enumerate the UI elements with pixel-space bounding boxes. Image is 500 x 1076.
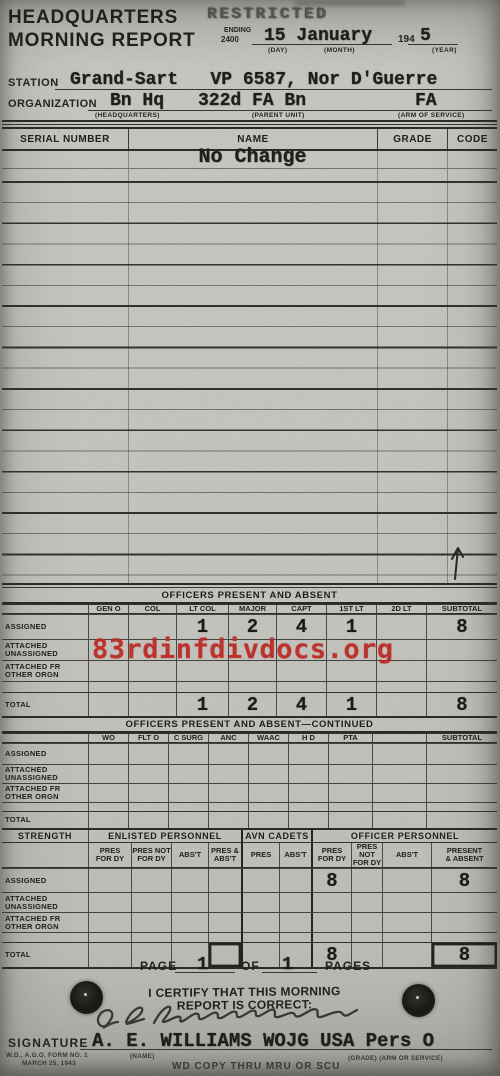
- value-cell: [372, 803, 426, 811]
- handwritten-arrow-mark: [443, 543, 465, 581]
- column-header-cell: 1ST LT: [326, 605, 376, 613]
- row-label: ASSIGNED: [2, 869, 88, 892]
- column-header-cell: PRESENT & ABSENT: [431, 843, 497, 867]
- value-cell: [279, 893, 311, 912]
- value-cell: [171, 893, 208, 912]
- value-cell: [382, 943, 431, 967]
- value-cell: [288, 744, 328, 764]
- value-cell: [241, 933, 279, 942]
- row-label: ATTACHED UNASSIGNED: [2, 893, 88, 912]
- value-cell: [279, 933, 311, 942]
- value-cell: 8: [426, 615, 497, 639]
- value-cell: [128, 784, 168, 802]
- value-cell: 2: [228, 693, 276, 716]
- roster-col-serial: SERIAL NUMBER: [2, 129, 128, 149]
- value-cell: [351, 933, 382, 942]
- page-number: 1: [197, 955, 208, 975]
- column-header-cell: SUBTOTAL: [426, 734, 497, 742]
- row-label: [2, 682, 88, 692]
- signature-typed-name: A. E. WILLIAMS WOJG USA Pers O: [92, 1030, 434, 1052]
- value-cell: [328, 784, 372, 802]
- value-cell: [241, 869, 279, 892]
- column-header-cell: PRES FOR DY: [88, 843, 131, 867]
- value-cell: [372, 784, 426, 802]
- group-header-cell: OFFICER PERSONNEL: [311, 830, 497, 842]
- column-header-cell: GEN O: [88, 605, 128, 613]
- value-cell: [328, 744, 372, 764]
- row-label: [2, 933, 88, 942]
- value-cell: [171, 913, 208, 932]
- value-cell: [426, 640, 497, 660]
- organization-arm: FA: [415, 91, 437, 111]
- value-cell: [208, 765, 248, 783]
- value-cell: [88, 933, 131, 942]
- value-cell: [208, 943, 241, 967]
- value-cell: [372, 765, 426, 783]
- table-row: TOTAL12418: [2, 692, 497, 716]
- organization-unit: Bn Hq: [110, 91, 164, 111]
- row-label: TOTAL: [2, 693, 88, 716]
- value-cell: [311, 933, 351, 942]
- value-cell: [351, 893, 382, 912]
- column-header-cell: ABS'T: [171, 843, 208, 867]
- station-value: Grand-Sart VP 6587, Nor D'Guerre: [70, 70, 437, 90]
- value-cell: [168, 803, 208, 811]
- form-id: W.D., A.G.O. FORM NO. 1: [6, 1052, 88, 1059]
- parent-unit-sublabel: (PARENT UNIT): [252, 112, 305, 119]
- value-cell: [131, 913, 171, 932]
- value-cell: [208, 812, 248, 828]
- table-row: ATTACHED UNASSIGNED: [2, 892, 497, 912]
- value-cell: [288, 803, 328, 811]
- year-underline: [408, 44, 458, 45]
- value-cell: [171, 933, 208, 942]
- roster-entry-row: No Change: [2, 148, 497, 168]
- value-cell: [131, 933, 171, 942]
- name-sublabel: (NAME): [130, 1053, 155, 1060]
- column-header-cell: ANC: [208, 734, 248, 742]
- column-header-cell: WO: [88, 734, 128, 742]
- value-cell: [288, 812, 328, 828]
- roster-entry-value: No Change: [128, 146, 377, 169]
- value-cell: [426, 803, 497, 811]
- pages-label: PAGES: [325, 959, 371, 973]
- column-header-cell: ABS'T: [382, 843, 431, 867]
- signature-label: SIGNATURE: [8, 1036, 89, 1050]
- value-cell: [382, 869, 431, 892]
- row-label: ASSIGNED: [2, 615, 88, 639]
- value-cell: [168, 744, 208, 764]
- value-cell: [426, 784, 497, 802]
- value-cell: [208, 933, 241, 942]
- value-cell: [241, 893, 279, 912]
- value-cell: [171, 869, 208, 892]
- value-cell: [328, 803, 372, 811]
- group-header-cell: ENLISTED PERSONNEL: [88, 830, 241, 842]
- table-row: ASSIGNED88: [2, 868, 497, 892]
- organization-parent-unit: 322d FA Bn: [198, 91, 306, 111]
- value-cell: [176, 682, 228, 692]
- value-cell: [351, 913, 382, 932]
- arm-of-service-sublabel: (ARM OF SERVICE): [398, 112, 465, 119]
- column-header-cell: PRES: [241, 843, 279, 867]
- value-cell: [128, 812, 168, 828]
- divider-rule: [2, 583, 497, 585]
- row-label: TOTAL: [2, 943, 88, 967]
- column-header-cell: MAJOR: [228, 605, 276, 613]
- grade-arm-sublabel: (GRADE) (ARM OR SERVICE): [348, 1055, 443, 1062]
- value-cell: [382, 893, 431, 912]
- value-cell: [128, 765, 168, 783]
- column-header-cell: [372, 734, 426, 742]
- roster-col-grade: GRADE: [377, 129, 447, 149]
- column-header-cell: H D: [288, 734, 328, 742]
- value-cell: [88, 803, 128, 811]
- column-header-cell: LT COL: [176, 605, 228, 613]
- value-cell: [426, 661, 497, 681]
- headquarters-sublabel: (HEADQUARTERS): [95, 112, 160, 119]
- table-row: ATTACHED FR OTHER ORGN: [2, 783, 497, 802]
- value-cell: [88, 693, 128, 716]
- value-cell: [208, 744, 248, 764]
- value-cell: [382, 913, 431, 932]
- table-column-headers: GEN OCOLLT COLMAJORCAPT1ST LT2D LTSUBTOT…: [2, 604, 497, 614]
- archive-watermark: 83rdinfdivdocs.org: [92, 634, 394, 665]
- value-cell: [426, 812, 497, 828]
- value-cell: [88, 869, 131, 892]
- value-cell: 1: [176, 693, 228, 716]
- ending-time: 2400: [221, 35, 239, 44]
- table-column-headers: WOFLT OC SURGANCWAACH DPTASUBTOTAL: [2, 733, 497, 743]
- group-header-cell: STRENGTH: [2, 830, 88, 842]
- column-header-cell: PRES FOR DY: [311, 843, 351, 867]
- punch-hole-right: [402, 984, 435, 1017]
- value-cell: [208, 893, 241, 912]
- row-label: ATTACHED FR OTHER ORGN: [2, 661, 88, 681]
- value-cell: [88, 893, 131, 912]
- value-cell: [328, 812, 372, 828]
- value-cell: [208, 803, 248, 811]
- strength-table: STRENGTHENLISTED PERSONNELAVN CADETSOFFI…: [2, 830, 497, 969]
- value-cell: [426, 682, 497, 692]
- value-cell: [248, 803, 288, 811]
- value-cell: [288, 765, 328, 783]
- value-cell: [168, 765, 208, 783]
- group-header-cell: AVN CADETS: [241, 830, 311, 842]
- table-row: [2, 932, 497, 942]
- day-label: (DAY): [268, 47, 287, 54]
- column-header-cell: PRES & ABS'T: [208, 843, 241, 867]
- value-cell: [382, 933, 431, 942]
- value-cell: [88, 744, 128, 764]
- of-label: OF: [241, 959, 260, 973]
- value-cell: [88, 812, 128, 828]
- column-header-cell: PRES NOT FOR DY: [131, 843, 171, 867]
- station-label: STATION: [8, 77, 59, 89]
- value-cell: [311, 893, 351, 912]
- divider-rule: [2, 120, 497, 122]
- table-title: OFFICERS PRESENT AND ABSENT: [2, 589, 497, 604]
- value-cell: [208, 869, 241, 892]
- table-column-headers: PRES FOR DYPRES NOT FOR DYABS'TPRES & AB…: [2, 842, 497, 868]
- value-cell: [248, 765, 288, 783]
- column-header-cell: COL: [128, 605, 176, 613]
- value-cell: [131, 893, 171, 912]
- column-header-cell: CAPT: [276, 605, 326, 613]
- value-cell: [128, 803, 168, 811]
- value-cell: [372, 744, 426, 764]
- value-cell: 8: [431, 869, 497, 892]
- value-cell: 1: [326, 693, 376, 716]
- value-cell: [228, 682, 276, 692]
- ending-label: ENDING: [224, 27, 251, 34]
- row-label: ATTACHED UNASSIGNED: [2, 765, 88, 783]
- value-cell: [276, 682, 326, 692]
- value-cell: [128, 744, 168, 764]
- value-cell: [168, 812, 208, 828]
- value-cell: [248, 744, 288, 764]
- value-cell: [431, 913, 497, 932]
- table-title: OFFICERS PRESENT AND ABSENT—CONTINUED: [2, 718, 497, 733]
- roster-blank-rows: [2, 169, 497, 583]
- value-cell: [372, 812, 426, 828]
- value-cell: [208, 784, 248, 802]
- form-date: MARCH 25, 1943: [22, 1060, 76, 1067]
- column-header-cell: [2, 843, 88, 867]
- column-header-cell: WAAC: [248, 734, 288, 742]
- value-cell: [128, 693, 176, 716]
- year-value: 5: [420, 26, 431, 46]
- row-label: ATTACHED UNASSIGNED: [2, 640, 88, 660]
- value-cell: [326, 682, 376, 692]
- pages-total: 1: [282, 955, 293, 975]
- year-label: (YEAR): [432, 47, 457, 54]
- classification-stamp: RESTRICTED: [207, 5, 328, 23]
- column-header-cell: SUBTOTAL: [426, 605, 497, 613]
- value-cell: 8: [431, 943, 497, 967]
- row-label: ATTACHED FR OTHER ORGN: [2, 784, 88, 802]
- value-cell: [426, 765, 497, 783]
- value-cell: [376, 693, 426, 716]
- column-header-cell: [2, 605, 88, 613]
- column-header-cell: PTA: [328, 734, 372, 742]
- column-header-cell: [2, 734, 88, 742]
- value-cell: [128, 682, 176, 692]
- divider-rule: [2, 124, 497, 125]
- column-header-cell: FLT O: [128, 734, 168, 742]
- value-cell: [351, 869, 382, 892]
- value-cell: [241, 913, 279, 932]
- value-cell: [88, 943, 131, 967]
- row-label: ATTACHED FR OTHER ORGN: [2, 913, 88, 932]
- value-cell: [88, 682, 128, 692]
- row-label: TOTAL: [2, 812, 88, 828]
- column-header-cell: ABS'T: [279, 843, 311, 867]
- value-cell: [426, 744, 497, 764]
- value-cell: [431, 893, 497, 912]
- value-cell: [88, 784, 128, 802]
- value-cell: [279, 869, 311, 892]
- table-row: [2, 802, 497, 811]
- row-label: [2, 803, 88, 811]
- table-row: ATTACHED UNASSIGNED: [2, 764, 497, 783]
- value-cell: [311, 913, 351, 932]
- month-label: (MONTH): [324, 47, 355, 54]
- page-label: PAGE: [140, 959, 177, 973]
- column-header-cell: C SURG: [168, 734, 208, 742]
- date-value: 15 January: [264, 26, 372, 46]
- value-cell: [279, 913, 311, 932]
- value-cell: [88, 913, 131, 932]
- divider-rule: [2, 587, 497, 588]
- roster-col-code: CODE: [447, 129, 497, 149]
- form-title-line1: HEADQUARTERS: [8, 6, 195, 29]
- table-row: [2, 681, 497, 692]
- value-cell: [131, 869, 171, 892]
- row-label: ASSIGNED: [2, 744, 88, 764]
- table-row: ATTACHED FR OTHER ORGN: [2, 912, 497, 932]
- table-row: TOTAL: [2, 811, 497, 828]
- officers-present-absent-continued-table: OFFICERS PRESENT AND ABSENT—CONTINUEDWOF…: [2, 718, 497, 830]
- value-cell: [328, 765, 372, 783]
- value-cell: 4: [276, 693, 326, 716]
- value-cell: [248, 784, 288, 802]
- organization-label: ORGANIZATION: [8, 98, 97, 110]
- value-cell: [168, 784, 208, 802]
- copy-routing-note: WD COPY THRU MRU OR SCU: [172, 1061, 340, 1072]
- value-cell: 8: [311, 869, 351, 892]
- column-header-cell: 2D LT: [376, 605, 426, 613]
- value-cell: [208, 913, 241, 932]
- value-cell: [431, 933, 497, 942]
- value-cell: [288, 784, 328, 802]
- morning-report-form: HEADQUARTERS MORNING REPORT RESTRICTED E…: [0, 0, 500, 1076]
- table-group-header: STRENGTHENLISTED PERSONNELAVN CADETSOFFI…: [2, 830, 497, 842]
- value-cell: [88, 765, 128, 783]
- table-row: ASSIGNED: [2, 743, 497, 764]
- column-header-cell: PRES NOT FOR DY: [351, 843, 382, 867]
- value-cell: 8: [426, 693, 497, 716]
- value-cell: [376, 682, 426, 692]
- form-title-line2: MORNING REPORT: [8, 29, 195, 52]
- value-cell: [248, 812, 288, 828]
